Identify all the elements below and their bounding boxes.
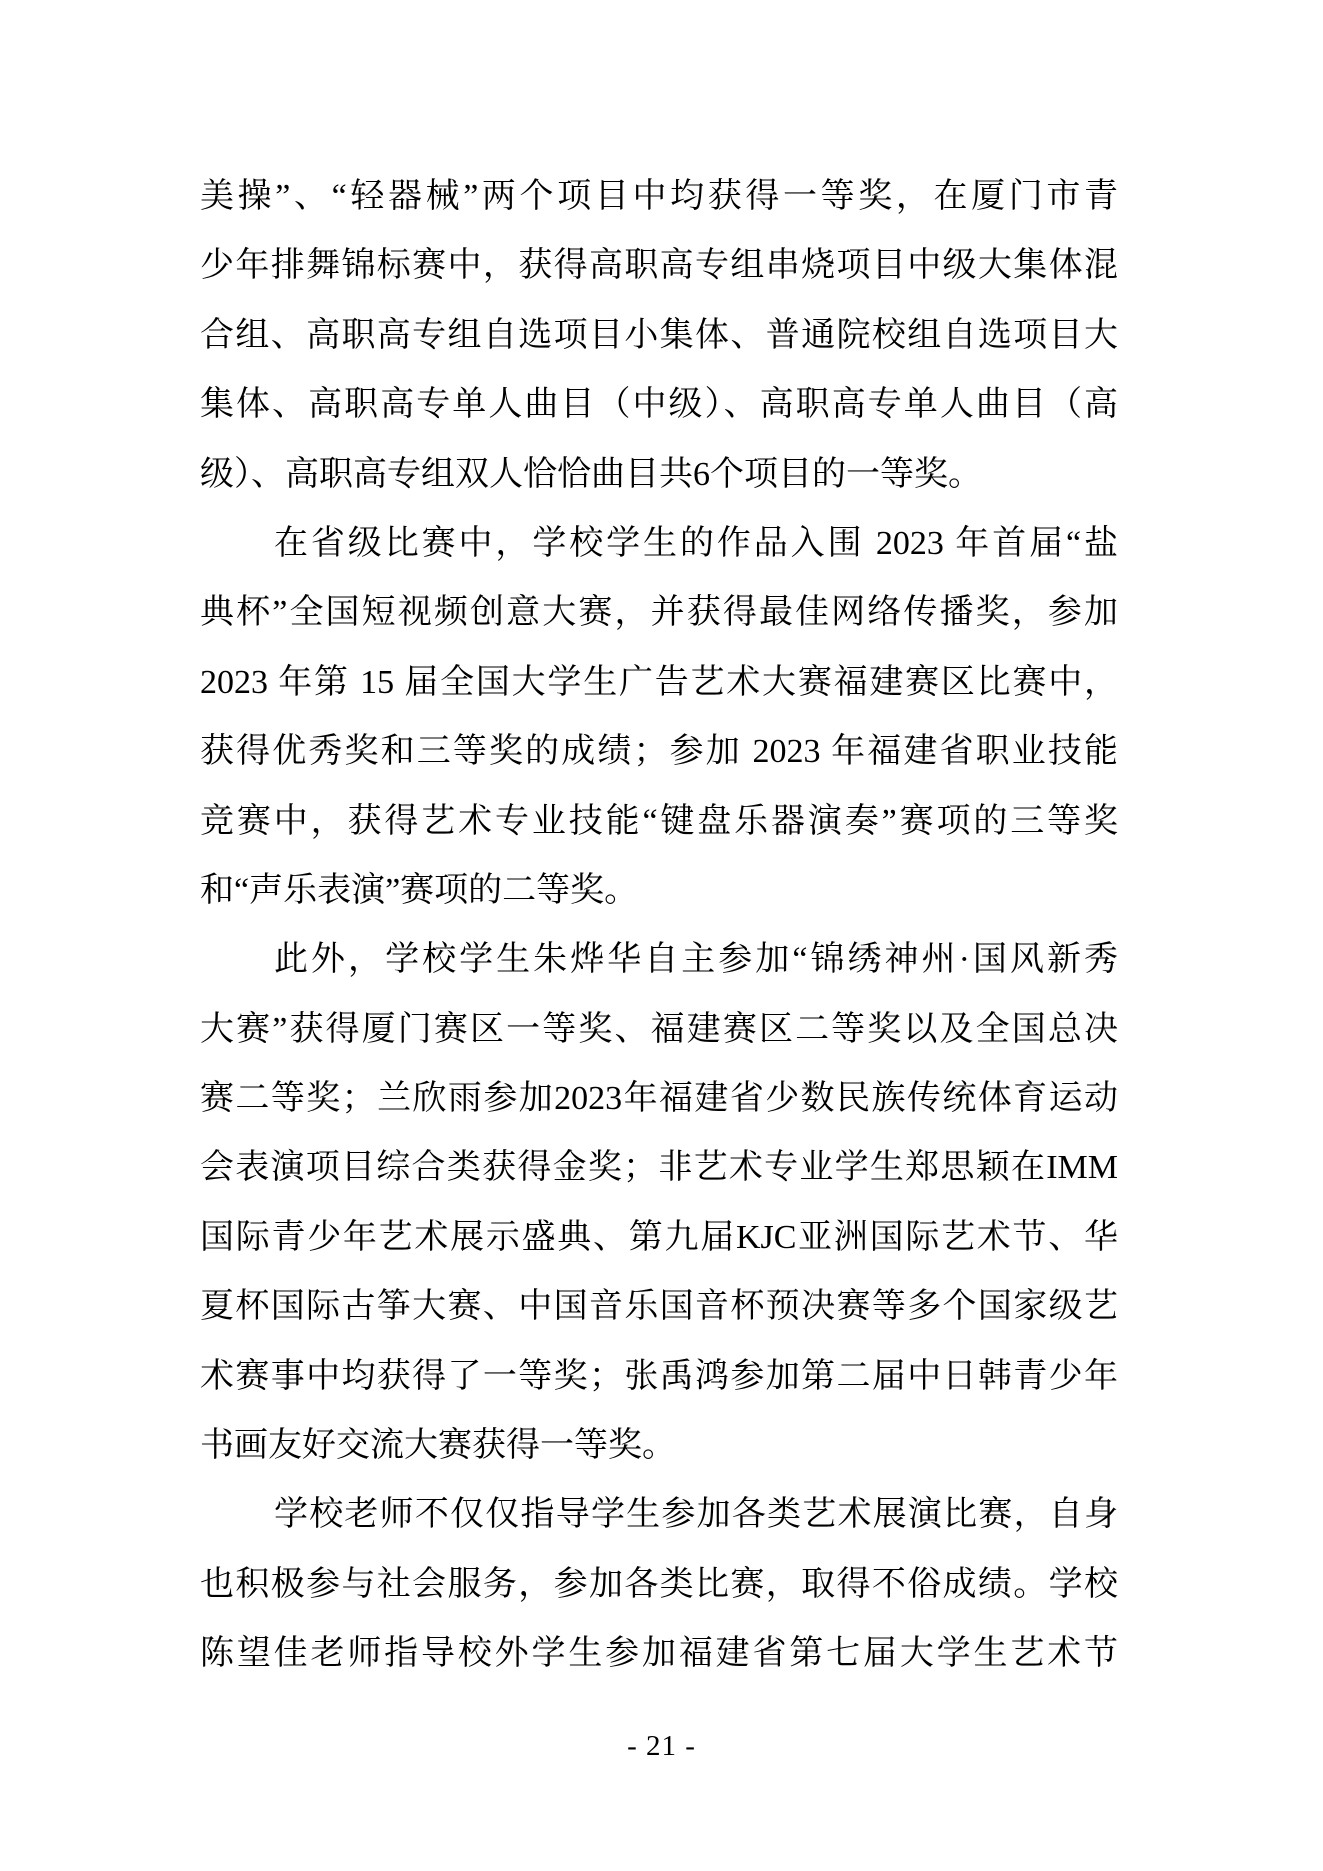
text-line: 典杯”全国短视频创意大赛，并获得最佳网络传播奖，参加 (200, 578, 1118, 647)
text-line: 合组、高职高专组自选项目小集体、普通院校组自选项目大 (200, 301, 1118, 370)
text-line: 书画友好交流大赛获得一等奖。 (200, 1411, 1118, 1480)
document-page: 美操”、“轻器械”两个项目中均获得一等奖，在厦门市青 少年排舞锦标赛中，获得高职… (0, 0, 1323, 1871)
text-line: 此外，学校学生朱烨华自主参加“锦绣神州·国风新秀 (200, 925, 1118, 994)
document-body: 美操”、“轻器械”两个项目中均获得一等奖，在厦门市青 少年排舞锦标赛中，获得高职… (200, 162, 1118, 1689)
text-line: 术赛事中均获得了一等奖；张禹鸿参加第二届中日韩青少年 (200, 1342, 1118, 1411)
text-line: 少年排舞锦标赛中，获得高职高专组串烧项目中级大集体混 (200, 231, 1118, 300)
page-number: - 21 - (0, 1729, 1323, 1763)
text-line: 国际青少年艺术展示盛典、第九届KJC亚洲国际艺术节、华 (200, 1203, 1118, 1272)
text-line: 级）、高职高专组双人恰恰曲目共6个项目的一等奖。 (200, 440, 1118, 509)
text-line: 竞赛中，获得艺术专业技能“键盘乐器演奏”赛项的三等奖 (200, 787, 1118, 856)
text-line: 也积极参与社会服务，参加各类比赛，取得不俗成绩。学校 (200, 1550, 1118, 1619)
text-line: 陈望佳老师指导校外学生参加福建省第七届大学生艺术节 (200, 1619, 1118, 1688)
text-line: 学校老师不仅仅指导学生参加各类艺术展演比赛，自身 (200, 1480, 1118, 1549)
text-line: 获得优秀奖和三等奖的成绩；参加 2023 年福建省职业技能 (200, 717, 1118, 786)
text-line: 赛二等奖；兰欣雨参加2023年福建省少数民族传统体育运动 (200, 1064, 1118, 1133)
text-line: 夏杯国际古筝大赛、中国音乐国音杯预决赛等多个国家级艺 (200, 1272, 1118, 1341)
text-line: 大赛”获得厦门赛区一等奖、福建赛区二等奖以及全国总决 (200, 995, 1118, 1064)
text-line: 集体、高职高专单人曲目（中级）、高职高专单人曲目（高 (200, 370, 1118, 439)
text-line: 美操”、“轻器械”两个项目中均获得一等奖，在厦门市青 (200, 162, 1118, 231)
text-line: 会表演项目综合类获得金奖；非艺术专业学生郑思颖在IMM (200, 1133, 1118, 1202)
text-line: 2023 年第 15 届全国大学生广告艺术大赛福建赛区比赛中， (200, 648, 1118, 717)
text-line: 在省级比赛中，学校学生的作品入围 2023 年首届“盐 (200, 509, 1118, 578)
text-line: 和“声乐表演”赛项的二等奖。 (200, 856, 1118, 925)
